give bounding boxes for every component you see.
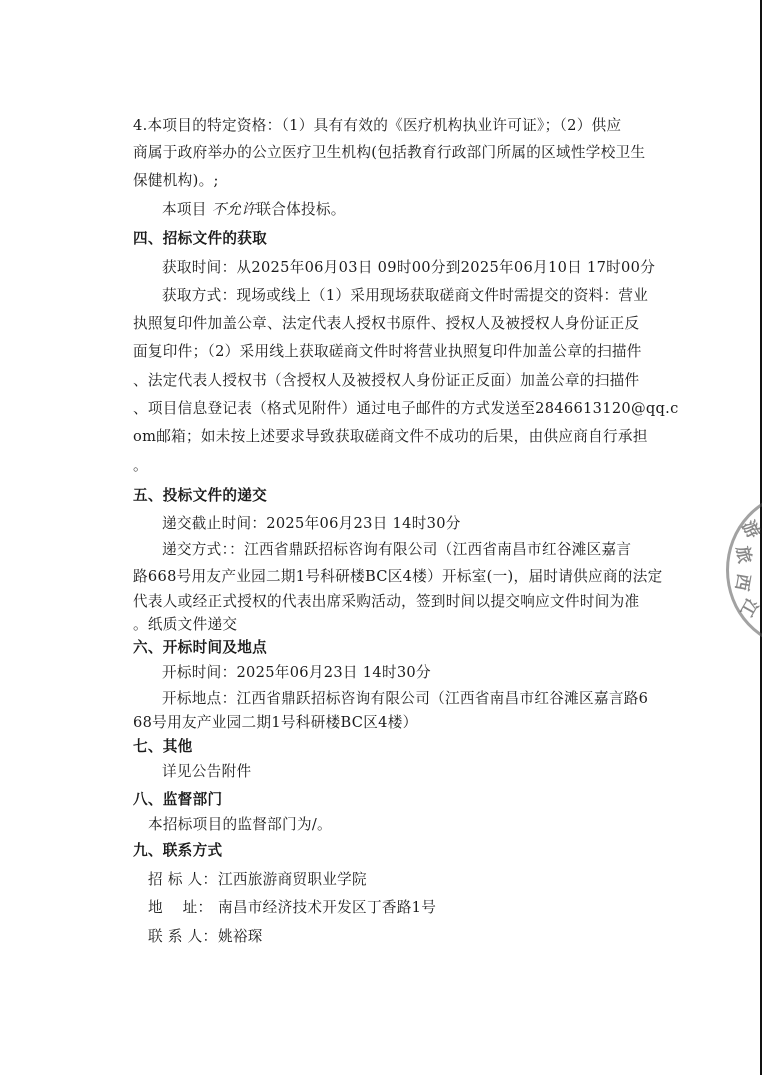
contact-label: 地 址： [148,898,218,918]
contact-value: 江西旅游商贸职业学院 [218,871,367,888]
contact-label: 联 系 人： [148,927,218,947]
submit-deadline: 递交截止时间：2025年06月23日 14时30分 [162,514,461,534]
opening-time: 开标时间：2025年06月23日 14时30分 [162,663,431,683]
seal-stamp-partial: 游 旅 西 江 [722,492,762,642]
obtain-method-line-5: 、项目信息登记表（格式见附件）通过电子邮件的方式发送至2846613120@qq… [133,399,679,419]
contact-label: 招 标 人： [148,870,218,890]
section-heading-other: 七、其他 [133,737,193,757]
qualification-line-3: 保健机构)。; [133,171,219,191]
opening-place-line-1: 开标地点：江西省鼎跃招标咨询有限公司（江西省南昌市红谷滩区嘉言路6 [162,689,648,709]
obtain-method-line-2: 执照复印件加盖公章、法定代表人授权书原件、授权人及被授权人身份证正反 [133,314,639,334]
consortium-prefix: 本项目 [162,201,207,218]
section-heading-submit-bids: 五、投标文件的递交 [133,486,267,506]
submit-method-line-3: 代表人或经正式授权的代表出席采购活动，签到时间以提交响应文件时间为准 [133,592,639,612]
supervision-text: 本招标项目的监督部门为/。 [148,815,332,835]
section-heading-supervision: 八、监督部门 [133,790,222,810]
obtain-method-line-1: 获取方式：现场或线上（1）采用现场获取磋商文件时需提交的资料：营业 [162,286,648,306]
submit-method-line-4: 。纸质文件递交 [133,615,237,635]
obtain-method-line-4: 、法定代表人授权书（含授权人及被授权人身份证正反面）加盖公章的扫描件 [133,371,639,391]
section-heading-opening: 六、开标时间及地点 [133,638,267,658]
submit-method-line-1: 递交方式：：江西省鼎跃招标咨询有限公司（江西省南昌市红谷滩区嘉言 [162,540,631,560]
section-heading-contact: 九、联系方式 [133,841,222,861]
obtain-method-line-6: om邮箱；如未按上述要求导致获取磋商文件不成功的后果，由供应商自行承担 [133,427,648,447]
consortium-emphasis: 不允许 [212,201,257,218]
consortium-suffix: 联合体投标。 [256,201,345,218]
qualification-line-1: 4.本项目的特定资格：（1）具有有效的《医疗机构执业许可证》；（2）供应 [133,116,621,136]
obtain-time: 获取时间：从2025年06月03日 09时00分到2025年06月10日 17时… [162,258,655,278]
section-heading-obtain-documents: 四、招标文件的获取 [133,229,267,249]
contact-row-bidder: 招 标 人：江西旅游商贸职业学院 [148,870,367,890]
obtain-method-line-3: 面复印件；（2）采用线上获取磋商文件时将营业执照复印件加盖公章的扫描件 [133,342,642,362]
other-text: 详见公告附件 [162,762,251,782]
contact-row-address: 地 址：南昌市经济技术开发区丁香路1号 [148,898,436,918]
consortium-statement: 本项目 不允许联合体投标。 [162,200,346,220]
obtain-method-line-7: 。 [133,456,148,476]
opening-place-line-2: 68号用友产业园二期1号科研楼BC区4楼） [133,713,418,733]
contact-value: 姚裕琛 [218,928,263,945]
submit-method-line-2: 路668号用友产业园二期1号科研楼BC区4楼）开标室(一)，届时请供应商的法定 [133,567,663,587]
contact-value: 南昌市经济技术开发区丁香路1号 [218,899,436,916]
contact-row-person: 联 系 人：姚裕琛 [148,927,263,947]
qualification-line-2: 商属于政府举办的公立医疗卫生机构(包括教育行政部门所属的区域性学校卫生 [133,143,645,163]
